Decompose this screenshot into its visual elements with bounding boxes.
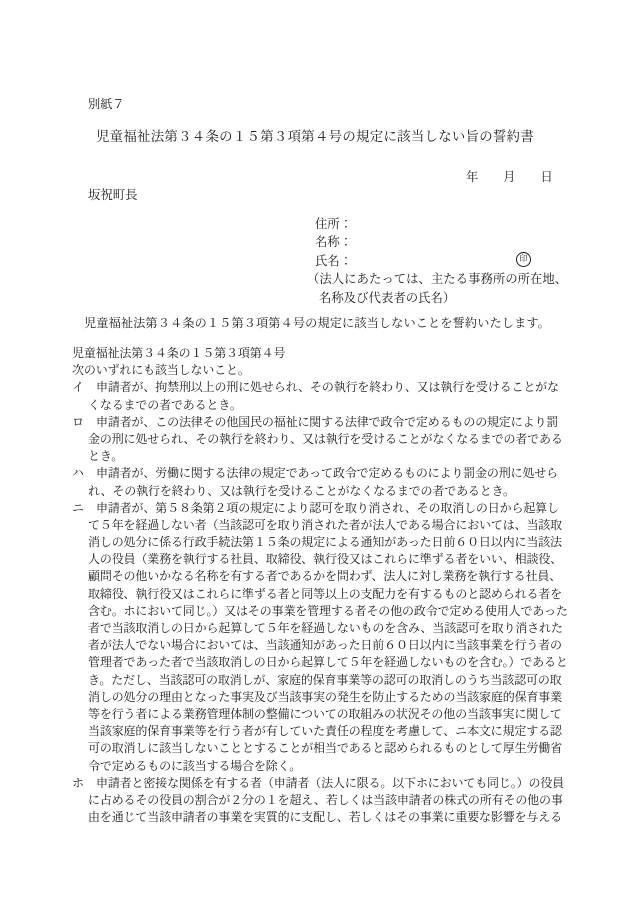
item-label: ホ bbox=[72, 775, 96, 792]
provision-item-line: ハ申請者が、労働に関する法律の規定であって政令で定めるものにより罰金の刑に処せら bbox=[72, 465, 568, 482]
seal-icon: 印 bbox=[516, 252, 531, 267]
item-text: 申請者が、拘禁刑以上の刑に処せられ、その執行を終わり、又は執行を受けることがな bbox=[96, 380, 559, 394]
provision-heading: 児童福祉法第３４条の１５第３項第４号 bbox=[72, 345, 568, 362]
item-text: 申請者と密接な関係を有する者（申請者（法人に限る。以下ホにおいても同じ。）の役員 bbox=[96, 776, 564, 790]
addressee: 坂祝町長 bbox=[88, 185, 138, 203]
provision-item-line: ニ申請者が、第５８条第２項の規定により認可を取り消され、その取消しの日から起算し bbox=[72, 500, 568, 517]
provision-item-line: 当該家庭的保育事業等を行う者が有していた責任の程度を考慮して、ニ本文に規定する認 bbox=[72, 723, 568, 740]
item-label: ハ bbox=[72, 465, 96, 482]
provision-item-line: 可の取消しに該当しないこととすることが相当であると認められるものとして厚生労働省 bbox=[72, 740, 568, 757]
provision-item-line: くなるまでの者であるとき。 bbox=[72, 397, 568, 414]
provision-intro: 次のいずれにも該当しないこと。 bbox=[72, 362, 568, 379]
document-title: 児童福祉法第３４条の１５第３項第４号の規定に該当しない旨の誓約書 bbox=[0, 126, 630, 145]
pledge-sentence: 児童福祉法第３４条の１５第３項第４号の規定に該当しないことを誓約いたします。 bbox=[84, 314, 550, 331]
person-name-row: 氏名：印 bbox=[315, 252, 567, 270]
provision-item-line: ホ申請者と密接な関係を有する者（申請者（法人に限る。以下ホにおいても同じ。）の役… bbox=[72, 775, 568, 792]
applicant-block: 住所： 名称： 氏名：印 （法人にあたっては、主たる事務所の所在地、 名称及び代… bbox=[315, 215, 567, 307]
provision-item-line: 顧問その他いかなる名称を有する者であるかを問わず、法人に対し業務を執行する社員、 bbox=[72, 568, 568, 585]
provision-item-line: 金の刑に処せられ、その執行を終わり、又は執行を受けることがなくなるまでの者である bbox=[72, 431, 568, 448]
item-label: ロ bbox=[72, 414, 96, 431]
provision-item-line: とき。 bbox=[72, 448, 568, 465]
provision-item-line: に占めるその役員の割合が２分の１を超え、若しくは当該申請者の株式の所有その他の事 bbox=[72, 792, 568, 809]
legal-provision-text: 児童福祉法第３４条の１５第３項第４号次のいずれにも該当しないこと。イ申請者が、拘… bbox=[72, 345, 568, 826]
provision-item-line: 消しの処分の理由となった事実及び当該事実の発生を防止するための当該家庭的保育事業 bbox=[72, 689, 568, 706]
provision-item-line: 令で定めるものに該当する場合を除く。 bbox=[72, 758, 568, 775]
item-text: 申請者が、この法律その他国民の福祉に関する法律で政令で定めるものの規定により罰 bbox=[96, 415, 558, 429]
provision-item-line: イ申請者が、拘禁刑以上の刑に処せられ、その執行を終わり、又は執行を受けることがな bbox=[72, 379, 568, 396]
item-label: ニ bbox=[72, 500, 96, 517]
provision-item-line: 含む。ホにおいて同じ。）又はその事業を管理する者その他の政令で定める使用人であっ… bbox=[72, 603, 568, 620]
date-line: 年 月 日 bbox=[466, 167, 553, 185]
provision-item-line: き。ただし、当該認可の取消しが、家庭的保育事業等の認可の取消しのうち当該認可の取 bbox=[72, 672, 568, 689]
provision-item-line: 人の役員（業務を執行する社員、取締役、執行役又はこれらに準ずる者をいい、相談役、 bbox=[72, 551, 568, 568]
provision-item-line: 由を通じて当該申請者の事業を実質的に支配し、若しくはその事業に重要な影響を与える bbox=[72, 809, 568, 826]
person-name-field-label: 氏名： bbox=[315, 254, 352, 268]
document-page: 別紙７ 児童福祉法第３４条の１５第３項第４号の規定に該当しない旨の誓約書 年 月… bbox=[0, 0, 630, 903]
item-label: イ bbox=[72, 379, 96, 396]
provision-item-line: 者で当該取消しの日から起算して５年を経過しないものを含み、当該認可を取り消された bbox=[72, 620, 568, 637]
corporate-note-line1: （法人にあたっては、主たる事務所の所在地、 bbox=[307, 270, 567, 288]
entity-name-field-label: 名称： bbox=[315, 233, 567, 251]
address-field-label: 住所： bbox=[315, 215, 567, 233]
item-text: 申請者が、労働に関する法律の規定であって政令で定めるものにより罰金の刑に処せら bbox=[96, 466, 558, 480]
provision-item-line: 管理者であった者で当該取消しの日から起算して５年を経過しないものを含む。）である… bbox=[72, 654, 568, 671]
item-text: 申請者が、第５８条第２項の規定により認可を取り消され、その取消しの日から起算し bbox=[96, 501, 559, 515]
provision-item-line: 等を行う者による業務管理体制の整備についての取組みの状況その他の当該事実に関して bbox=[72, 706, 568, 723]
provision-item-line: 消しの処分に係る行政手続法第１５条の規定による通知があった日前６０日以内に当該法 bbox=[72, 534, 568, 551]
provision-item-line: て５年を経過しない者（当該認可を取り消された者が法人である場合においては、当該取 bbox=[72, 517, 568, 534]
provision-item-line: ロ申請者が、この法律その他国民の福祉に関する法律で政令で定めるものの規定により罰 bbox=[72, 414, 568, 431]
corporate-note-line2: 名称及び代表者の氏名） bbox=[319, 289, 567, 307]
attachment-label: 別紙７ bbox=[88, 95, 125, 112]
provision-item-line: 者が法人でない場合においては、当該通知があった日前６０日以内に当該事業を行う者の bbox=[72, 637, 568, 654]
provision-item-line: れ、その執行を終わり、又は執行を受けることがなくなるまでの者であるとき。 bbox=[72, 483, 568, 500]
provision-item-line: 取締役、執行役又はこれらに準ずる者と同等以上の支配力を有するものと認められる者を bbox=[72, 586, 568, 603]
